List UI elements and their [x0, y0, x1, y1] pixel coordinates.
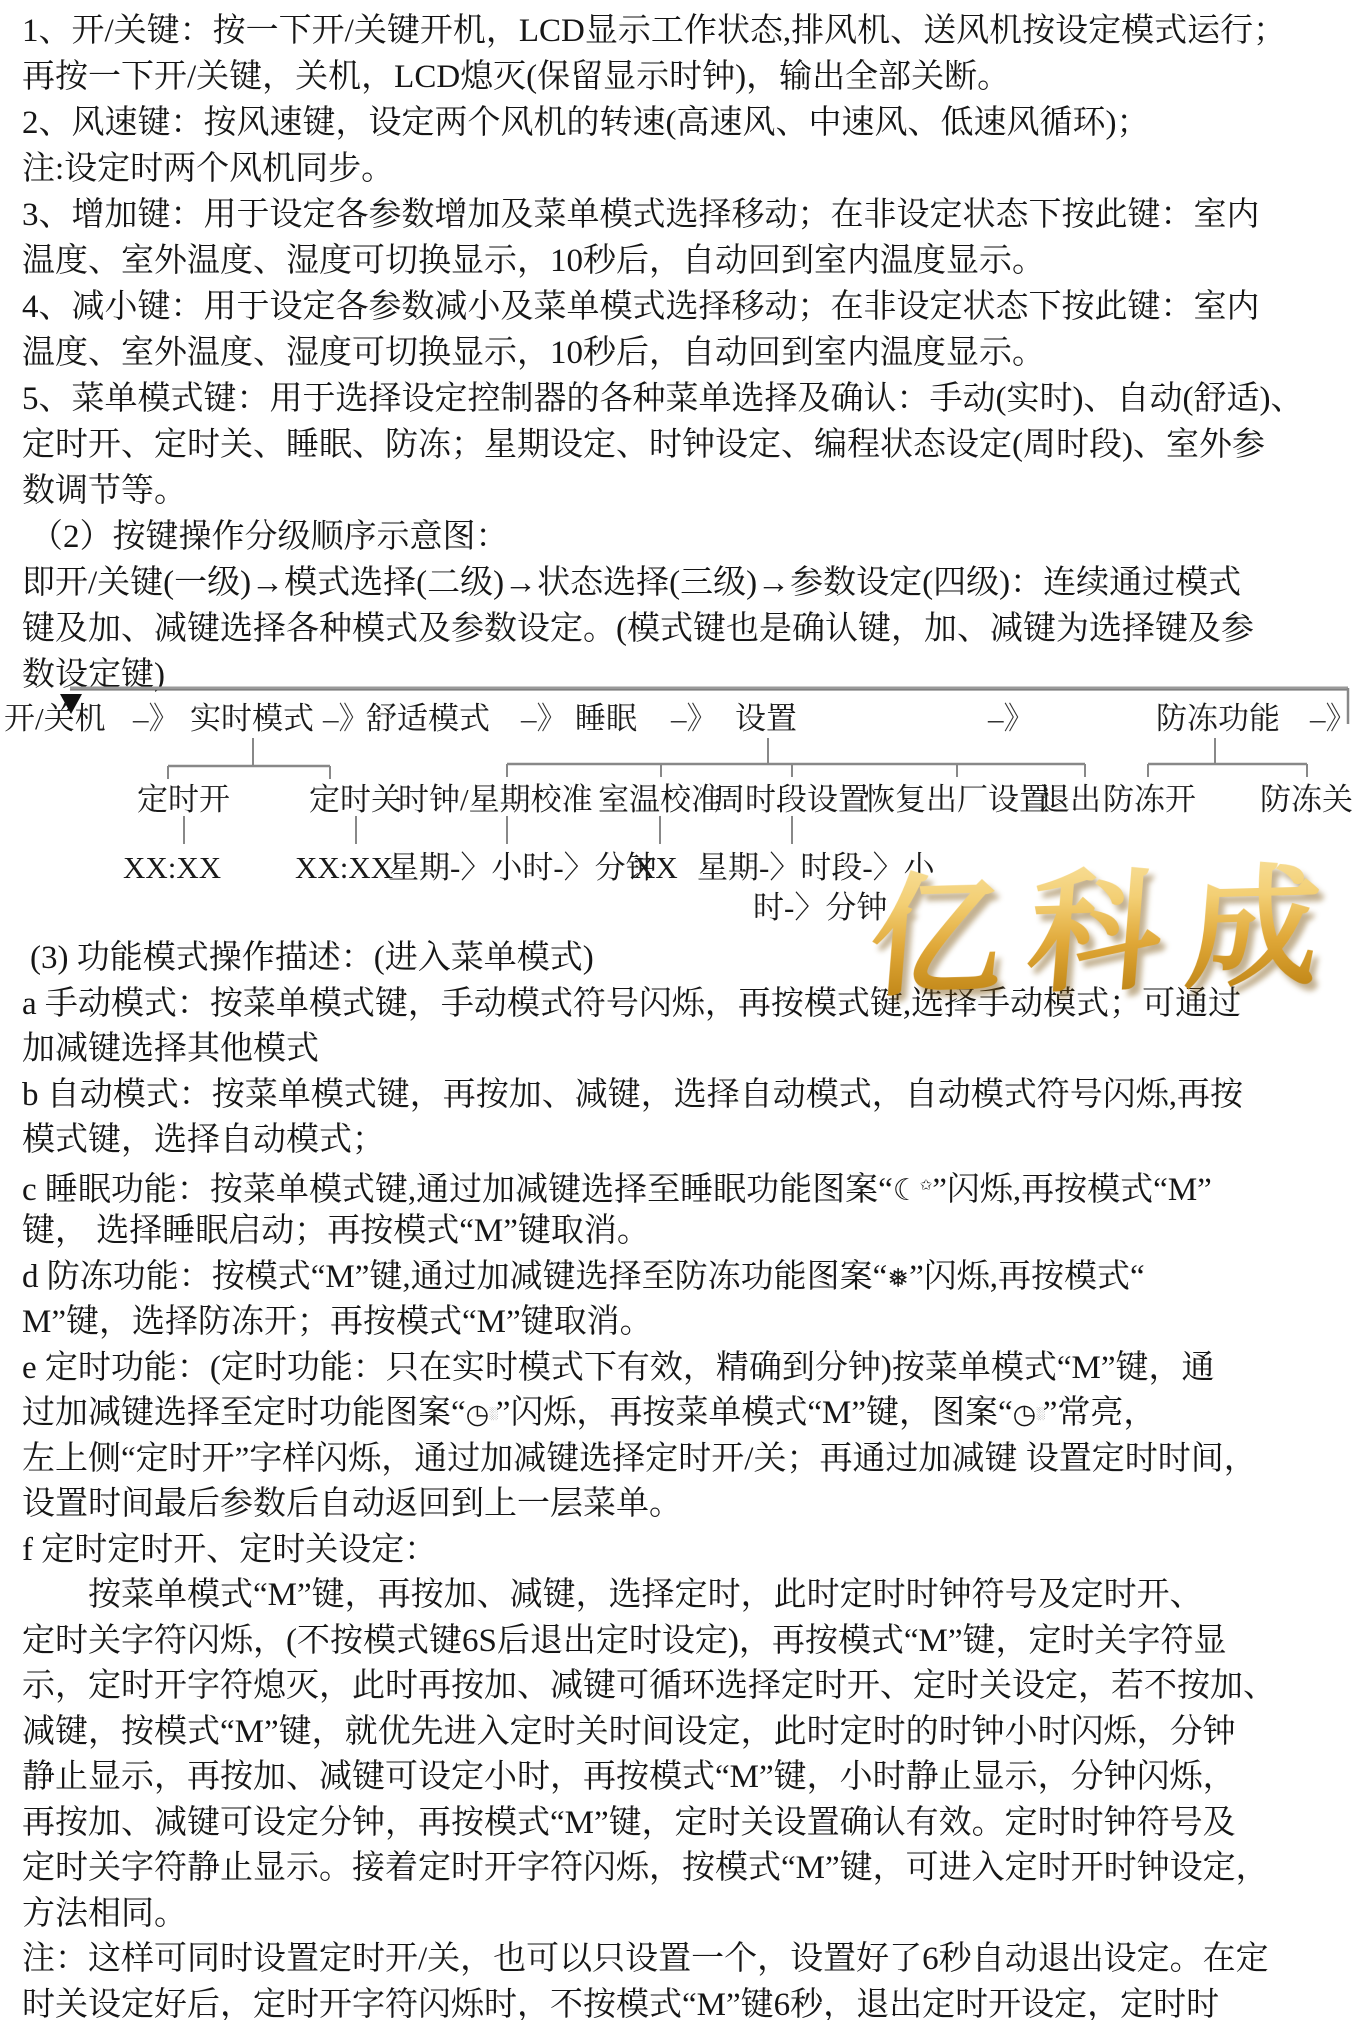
- flow-node-comfort: 舒适模式: [366, 702, 490, 736]
- flow-arrow: –》: [521, 702, 568, 736]
- text-line: 4、减小键：用于设定各参数减小及菜单模式选择移动；在非设定状态下按此键：室内: [22, 284, 1368, 330]
- flow-node-roomtemp-cal: 室温校准: [598, 783, 722, 817]
- section2-heading: （2）按键操作分级顺序示意图：: [22, 514, 1368, 560]
- text-line: 按菜单模式“M”键，再按加、减键，选择定时，此时定时时钟符号及定时开、: [22, 1573, 1368, 1619]
- text-line: d 防冻功能：按模式“M”键,通过加减键选择至防冻功能图案“❅”闪烁,再按模式“: [22, 1255, 1368, 1301]
- flow-node-antifreeze-off: 防冻关: [1260, 783, 1353, 817]
- text-line: 键， 选择睡眠启动；再按模式“M”键取消。: [22, 1209, 1368, 1255]
- flow-node-antifreeze: 防冻功能: [1156, 702, 1280, 736]
- text-line: 1、开/关键：按一下开/关键开机，LCD显示工作状态,排风机、送风机按设定模式运…: [22, 8, 1368, 54]
- note-line: 时关设定好后，定时开字符闪烁时，不按模式“M”键6秒，退出定时开设定，定时时: [22, 1983, 1368, 2020]
- flow-node-week-period: 周时段设置: [714, 783, 869, 817]
- text-line: e 定时功能：(定时功能：只在实时模式下有效，精确到分钟)按菜单模式“M”键，通: [22, 1346, 1368, 1392]
- text-line: 定时开、定时关、睡眠、防冻；星期设定、时钟设定、编程状态设定(周时段)、室外参: [22, 422, 1368, 468]
- text-line: 温度、室外温度、湿度可切换显示，10秒后，自动回到室内温度显示。: [22, 330, 1368, 376]
- section-key-descriptions: 1、开/关键：按一下开/关键开机，LCD显示工作状态,排风机、送风机按设定模式运…: [22, 8, 1368, 698]
- text-line: M”键，选择防冻开；再按模式“M”键取消。: [22, 1300, 1368, 1346]
- flow-node-timer-off: 定时关: [309, 783, 402, 817]
- timer-clock-icon: ◷: [1013, 1392, 1037, 1438]
- text-line: f 定时定时开、定时关设定：: [22, 1528, 1368, 1574]
- watermark: 亿科成: [864, 820, 1354, 1022]
- note-line: 注：这样可同时设置定时开/关，也可以只设置一个，设置好了6秒自动退出设定。在定: [22, 1937, 1368, 1983]
- flow-arrow: –》: [133, 702, 180, 736]
- flow-arrow: –》: [671, 702, 718, 736]
- flow-value-timer-off-time: XX:XX: [295, 851, 393, 885]
- text-line: 2、风速键：按风速键，设定两个风机的转速(高速风、中速风、低速风循环)；: [22, 100, 1368, 146]
- flow-arrow: –》: [988, 702, 1035, 736]
- text-line: 过加减键选择至定时功能图案“◷░”闪烁，再按菜单模式“M”键，图案“◷░”常亮，: [22, 1391, 1368, 1437]
- sleep-moon-icon: ☾: [893, 1168, 920, 1214]
- text-line: 3、增加键：用于设定各参数增加及菜单模式选择移动；在非设定状态下按此键：室内: [22, 192, 1368, 238]
- text-line: 数调节等。: [22, 468, 1368, 514]
- frost-icon: ❅: [887, 1256, 909, 1302]
- text-line: 定时关字符闪烁，(不按模式键6S后退出定时设定)，再按模式“M”键，定时关字符显: [22, 1619, 1368, 1665]
- text-line: 再按加、减键可设定分钟，再按模式“M”键，定时关设置确认有效。定时时钟符号及: [22, 1801, 1368, 1847]
- sleep-star-icon: ✩: [920, 1164, 933, 1210]
- flow-node-settings: 设置: [735, 702, 797, 736]
- text-line: 即开/关键(一级)→模式选择(二级)→状态选择(三级)→参数设定(四级)：连续通…: [22, 560, 1368, 606]
- text-line: 键及加、减键选择各种模式及参数设定。(模式键也是确认键，加、减键为选择键及参: [22, 606, 1368, 652]
- flow-node-power: 开/关机: [4, 702, 106, 736]
- section-mode-operations: (3) 功能模式操作描述：(进入菜单模式) a 手动模式：按菜单模式键，手动模式…: [22, 936, 1368, 2020]
- flow-node-exit: 退出: [1039, 783, 1101, 817]
- flow-node-sleep: 睡眠: [575, 702, 637, 736]
- flow-node-realtime: 实时模式: [190, 702, 314, 736]
- flow-node-antifreeze-on: 防冻开: [1103, 783, 1196, 817]
- text-line: 左上侧“定时开”字样闪烁，通过加减键选择定时开/关；再通过加减键 设置定时时间，: [22, 1437, 1368, 1483]
- flow-value-timer-on-time: XX:XX: [123, 851, 221, 885]
- flow-node-factory-reset: 恢复出厂设置: [864, 783, 1050, 817]
- text-line: 示，定时开字符熄灭，此时再按加、减键可循环选择定时开、定时关设定，若不按加、: [22, 1664, 1368, 1710]
- text-line: 模式键，选择自动模式；: [22, 1118, 1368, 1164]
- text-line: 再按一下开/关键，关机，LCD熄灭(保留显示时钟)，输出全部关断。: [22, 54, 1368, 100]
- text-line: 5、菜单模式键：用于选择设定控制器的各种菜单选择及确认：手动(实时)、自动(舒适…: [22, 376, 1368, 422]
- timer-clock-icon: ◷: [466, 1392, 490, 1438]
- flow-node-clock-week-cal: 时钟/星期校准: [398, 783, 593, 817]
- text-line: 定时关字符静止显示。接着定时开字符闪烁，按模式“M”键，可进入定时开时钟设定，: [22, 1846, 1368, 1892]
- flow-value-week-hour-min: 星期-〉小时-〉分钟: [388, 851, 657, 885]
- manual-page: { "page": {"background": "#ffffff", "tex…: [0, 0, 1368, 2020]
- text-line: 温度、室外温度、湿度可切换显示，10秒后，自动回到室内温度显示。: [22, 238, 1368, 284]
- flow-arrow: –》: [323, 702, 370, 736]
- flow-value-xx: XX: [633, 851, 678, 885]
- flow-value-week-period-2: 时-〉分钟: [753, 891, 887, 925]
- text-line: 方法相同。: [22, 1892, 1368, 1938]
- flow-node-timer-on: 定时开: [137, 783, 230, 817]
- text-line: 静止显示，再按加、减键可设定小时，再按模式“M”键，小时静止显示，分钟闪烁，: [22, 1755, 1368, 1801]
- text-line: 注:设定时两个风机同步。: [22, 146, 1368, 192]
- text-line: 减键，按模式“M”键，就优先进入定时关时间设定，此时定时的时钟小时闪烁，分钟: [22, 1710, 1368, 1756]
- text-line: b 自动模式：按菜单模式键，再按加、减键，选择自动模式，自动模式符号闪烁,再按: [22, 1073, 1368, 1119]
- text-line: c 睡眠功能：按菜单模式键,通过加减键选择至睡眠功能图案“☾✩”闪烁,再按模式“…: [22, 1164, 1368, 1210]
- text-line: 设置时间最后参数后自动返回到上一层菜单。: [22, 1482, 1368, 1528]
- flow-arrow: –》: [1310, 702, 1357, 736]
- text-line: 加减键选择其他模式: [22, 1027, 1368, 1073]
